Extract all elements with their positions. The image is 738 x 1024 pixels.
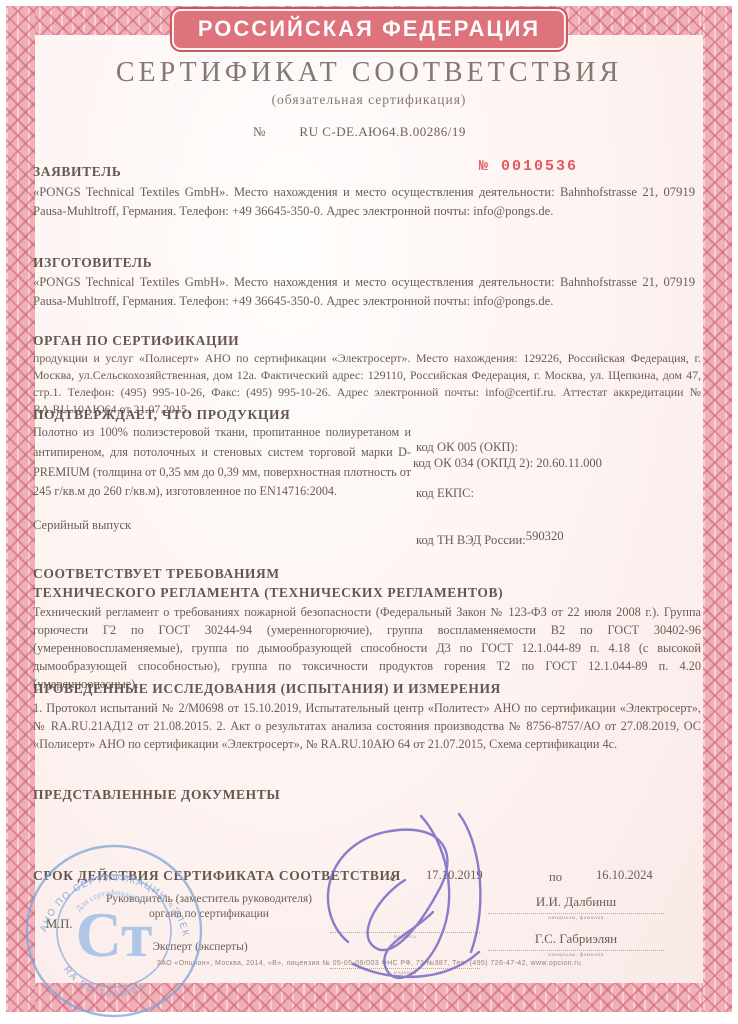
certificate-page: { "colors": { "badge_red": "#df737b", "b… [0, 0, 738, 1024]
certificate-number: RU C-DE.АЮ64.В.00286/19 [299, 124, 465, 139]
product-serial: Серийный выпуск [33, 516, 131, 535]
stamp-monogram: Ст [76, 899, 153, 970]
code-okp: код ОК 005 (ОКП): [416, 440, 518, 455]
code-tnved: код ТН ВЭД России:590320 [416, 533, 564, 548]
manufacturer-body: «PONGS Technical Textiles GmbH». Место н… [33, 273, 695, 311]
applicant-body: «PONGS Technical Textiles GmbH». Место н… [33, 183, 695, 221]
code-ekps: код ЕКПС: [416, 486, 474, 501]
certification-stamp: АНО ПО СЕРТИФИКАЦИИ «ЭЛЕКТРОСЕРТ» RA.RU.… [20, 840, 208, 1020]
applicant-heading: ЗАЯВИТЕЛЬ [33, 164, 121, 180]
document-subtitle: (обязательная сертификация) [0, 92, 738, 108]
requirements-body: Технический регламент о требованиях пожа… [33, 603, 701, 693]
number-sign: № [253, 124, 265, 139]
document-title: СЕРТИФИКАТ СООТВЕТСТВИЯ [0, 57, 738, 89]
tests-body: 1. Протокол испытаний № 2/М0698 от 15.10… [33, 699, 701, 753]
border-pattern-right [703, 6, 732, 1012]
requirements-heading2: ТЕХНИЧЕСКОГО РЕГЛАМЕНТА (ТЕХНИЧЕСКИХ РЕГ… [33, 585, 503, 601]
country-banner: РОССИЙСКАЯ ФЕДЕРАЦИЯ [172, 9, 566, 50]
product-description: Полотно из 100% полиэстеровой ткани, про… [33, 423, 411, 502]
certification-body-heading: ОРГАН ПО СЕРТИФИКАЦИИ [33, 333, 239, 349]
product-heading: ПОДТВЕРЖДАЕТ, ЧТО ПРОДУКЦИЯ [33, 407, 290, 423]
manufacturer-heading: ИЗГОТОВИТЕЛЬ [33, 255, 152, 271]
blank-serial-number: № 0010536 [479, 158, 578, 175]
handwritten-signature [293, 812, 558, 1012]
tests-heading: ПРОВЕДЕННЫЕ ИССЛЕДОВАНИЯ (ИСПЫТАНИЯ) И И… [33, 681, 501, 697]
documents-heading: ПРЕДСТАВЛЕННЫЕ ДОКУМЕНТЫ [33, 787, 280, 803]
requirements-heading1: СООТВЕТСТВУЕТ ТРЕБОВАНИЯМ [33, 566, 280, 582]
validity-to-date: 16.10.2024 [596, 866, 653, 885]
certificate-number-row: №RU C-DE.АЮ64.В.00286/19 [253, 124, 466, 140]
code-okpd2: код ОК 034 (ОКПД 2): 20.60.11.000 [413, 456, 602, 471]
